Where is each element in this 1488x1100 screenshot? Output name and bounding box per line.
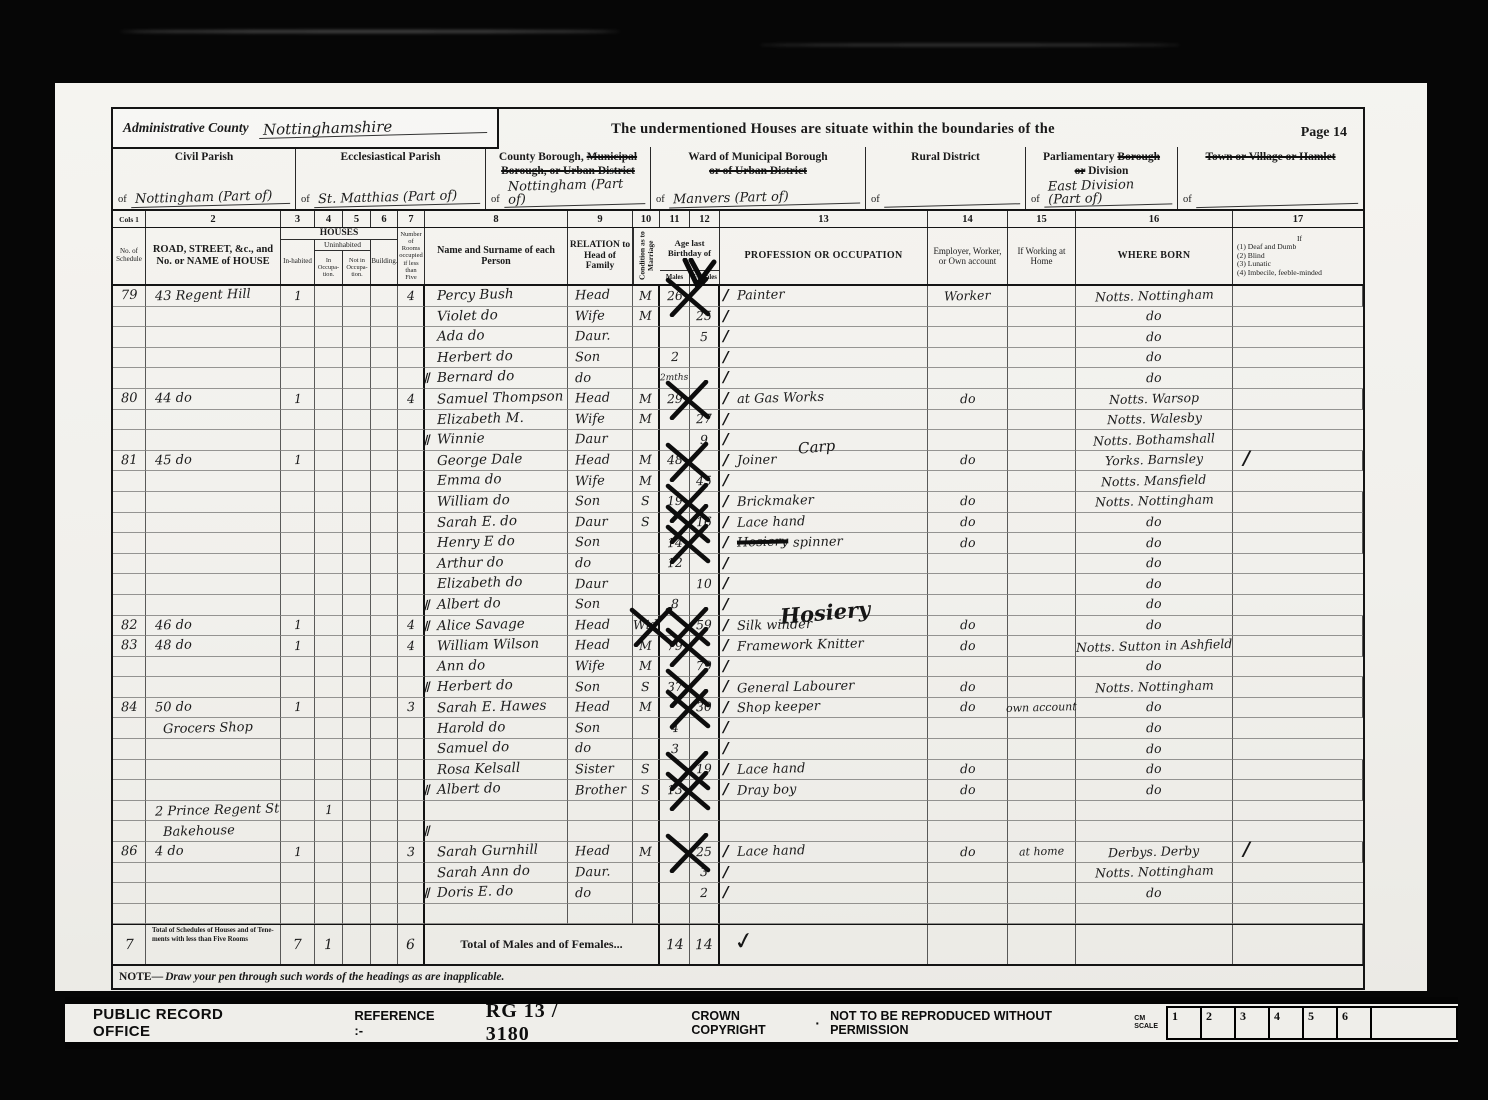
cell-person-name: //Albert do — [425, 780, 568, 801]
cell-uninhabited-occupied — [315, 307, 343, 328]
schedule-value: 86 — [121, 845, 138, 858]
census-row: //Albert doBrotherS13/Dray boydodo — [113, 780, 1363, 801]
cell-age-female — [690, 821, 720, 842]
cell-relation: Head — [568, 616, 633, 637]
cell-inhabited — [281, 801, 315, 822]
condition-value: S — [641, 763, 650, 776]
cell-inhabited — [281, 739, 315, 760]
name-value: William do — [437, 494, 510, 509]
cell-rooms — [398, 780, 425, 801]
address-value: 46 do — [155, 618, 192, 632]
cell-uninhabited-occupied — [315, 616, 343, 637]
cell-relation: Son — [568, 677, 633, 698]
cell-person-name: Ada do — [425, 327, 568, 348]
cell-inhabited — [281, 595, 315, 616]
cm-ruler: 123456 — [1166, 1006, 1458, 1040]
occupation-slash-mark: / — [723, 327, 728, 345]
cell-uninhabited-not-occupied — [343, 513, 371, 534]
cell-age-male: 14 — [660, 533, 690, 554]
born-value: do — [1146, 742, 1162, 755]
condition-value: M — [639, 660, 652, 673]
cell-occupation: /Framework Knitter — [720, 636, 928, 657]
cell-where-born: do — [1076, 348, 1233, 369]
header-relation: RELATION to Head of Family — [568, 228, 633, 284]
cell-infirmity — [1233, 760, 1363, 781]
cell-age-female: 25 — [690, 842, 720, 863]
cell-where-born: Notts. Bothamshall — [1076, 430, 1233, 451]
colnum-3: 3 — [281, 211, 315, 227]
header-infirmity-if: If — [1297, 235, 1302, 244]
census-row: //Doris E. dodo2/do — [113, 883, 1363, 904]
cell-rooms — [398, 718, 425, 739]
cell-relation: Daur. — [568, 327, 633, 348]
district-handwritten-value: Nottingham (Part of) — [131, 189, 291, 208]
cell-occupation: /Brickmaker — [720, 492, 928, 513]
cell-inhabited: 1 — [281, 451, 315, 472]
cell-building — [371, 286, 398, 307]
employer-value: do — [960, 392, 976, 405]
born-value: do — [1146, 310, 1162, 323]
cell-age-male: 29 — [660, 389, 690, 410]
age-male-value: 26 — [666, 289, 682, 302]
cell-infirmity — [1233, 430, 1363, 451]
age-female-value: 59 — [696, 619, 712, 632]
ruler-cell: 4 — [1270, 1008, 1304, 1038]
cell-infirmity — [1233, 574, 1363, 595]
address-value: 43 Regent Hill — [155, 288, 251, 304]
cell-schedule-no: 80 — [113, 389, 146, 410]
cell-relation: Wife — [568, 307, 633, 328]
cell-working-at-home — [1008, 554, 1076, 575]
census-row: //Bernard dodo2mths/do — [113, 368, 1363, 389]
cell-relation: Son — [568, 348, 633, 369]
relation-value: Head — [575, 639, 610, 653]
employer-value: do — [960, 639, 976, 652]
cell-relation: Wife — [568, 410, 633, 431]
cell-working-at-home — [1008, 513, 1076, 534]
born-value: do — [1146, 784, 1162, 797]
totals-females: 14 — [690, 925, 720, 964]
cell-uninhabited-not-occupied — [343, 327, 371, 348]
cell-address — [146, 348, 281, 369]
cell-uninhabited-occupied — [315, 348, 343, 369]
occupation-slash-mark: / — [723, 492, 728, 510]
cell-uninhabited-not-occupied — [343, 780, 371, 801]
cell-address — [146, 904, 281, 925]
cell-infirmity — [1233, 657, 1363, 678]
cell-address — [146, 554, 281, 575]
cell-inhabited — [281, 677, 315, 698]
occupation-slash-mark: / — [723, 286, 728, 304]
cell-working-at-home — [1008, 471, 1076, 492]
cell-occupation: /HosierySilk winder — [720, 616, 928, 637]
occupation-slash-mark: / — [723, 616, 728, 634]
name-value: Bernard do — [437, 370, 515, 386]
occupation-slash-mark: / — [723, 368, 728, 386]
cell-address: 44 do — [146, 389, 281, 410]
cell-relation: Head — [568, 286, 633, 307]
cell-condition: S — [633, 677, 660, 698]
condition-value: S — [641, 516, 650, 529]
cell-working-at-home: own account — [1008, 698, 1076, 719]
cell-building — [371, 616, 398, 637]
cell-condition — [633, 533, 660, 554]
cell-occupation: / — [720, 883, 928, 904]
cell-condition — [633, 718, 660, 739]
cell-condition: M — [633, 389, 660, 410]
name-value: George Dale — [437, 453, 523, 469]
cell-building — [371, 595, 398, 616]
cell-infirmity — [1233, 863, 1363, 884]
cell-occupation: /CarpJoiner — [720, 451, 928, 472]
relation-value: Son — [575, 495, 600, 509]
cell-schedule-no — [113, 554, 146, 575]
cell-where-born — [1076, 904, 1233, 925]
relation-value: Sister — [575, 762, 614, 776]
cell-condition — [633, 595, 660, 616]
name-value: Percy Bush — [437, 288, 514, 304]
cell-occupation: /Lace hand — [720, 513, 928, 534]
born-value: Notts. Mansfield — [1101, 474, 1207, 489]
name-value: Sarah Gurnhill — [437, 844, 538, 860]
cell-condition: M — [633, 286, 660, 307]
colnum-6: 6 — [371, 211, 398, 227]
cell-inhabited — [281, 410, 315, 431]
cell-condition: M — [633, 451, 660, 472]
cell-age-male: 8 — [660, 595, 690, 616]
cell-uninhabited-occupied — [315, 821, 343, 842]
note-line: NOTE— Draw your pen through such words o… — [113, 966, 1363, 988]
district-handwritten-value — [1196, 189, 1359, 208]
cell-age-female: 2 — [690, 883, 720, 904]
cell-address: Grocers Shop — [146, 718, 281, 739]
census-row: 8044 do14Samuel ThompsonHeadM29/at Gas W… — [113, 389, 1363, 410]
occupation-slash-mark: / — [723, 410, 728, 428]
name-value: Ada do — [437, 330, 485, 345]
cell-condition: M — [633, 842, 660, 863]
header-age: Age last Birthday of Males Females — [660, 228, 720, 284]
cell-infirmity — [1233, 595, 1363, 616]
employer-value: do — [960, 536, 976, 549]
cell-infirmity — [1233, 554, 1363, 575]
cell-condition — [633, 430, 660, 451]
cell-employer-status — [928, 410, 1008, 431]
cell-employer-status: do — [928, 389, 1008, 410]
employer-value: do — [960, 516, 976, 529]
census-row: Emma doWifeM45/Notts. Mansfield — [113, 471, 1363, 492]
cell-person-name: //Bernard do — [425, 368, 568, 389]
cell-uninhabited-occupied — [315, 883, 343, 904]
cell-building — [371, 327, 398, 348]
cell-condition — [633, 883, 660, 904]
cell-schedule-no — [113, 307, 146, 328]
cell-schedule-no — [113, 574, 146, 595]
cell-uninhabited-occupied — [315, 451, 343, 472]
cell-age-female — [690, 286, 720, 307]
occupation-slash-mark: / — [723, 595, 728, 613]
totals-males-females-label: Total of Males and of Females... — [425, 925, 660, 964]
age-female-value: 19 — [696, 763, 712, 776]
cell-person-name: Sarah E. do — [425, 513, 568, 534]
cell-condition: M — [633, 471, 660, 492]
cell-person-name: Emma do — [425, 471, 568, 492]
header-infirmity: If (1) Deaf and Dumb(2) Blind(3) Lunatic… — [1233, 228, 1363, 284]
cell-occupation: / — [720, 863, 928, 884]
name-value: Violet do — [437, 309, 498, 324]
census-page: Administrative County Nottinghamshire Th… — [55, 83, 1427, 991]
cell-inhabited — [281, 883, 315, 904]
cell-rooms — [398, 471, 425, 492]
name-value: Sarah E. do — [437, 515, 517, 531]
cell-uninhabited-not-occupied — [343, 492, 371, 513]
cell-condition — [633, 821, 660, 842]
header-not-in-occupation: Not in Occupa-tion. — [343, 251, 371, 284]
cell-uninhabited-occupied — [315, 780, 343, 801]
employer-value: do — [960, 619, 976, 632]
cell-inhabited — [281, 368, 315, 389]
cell-uninhabited-not-occupied — [343, 533, 371, 554]
condition-value: Wid — [633, 619, 658, 632]
cell-employer-status: do — [928, 760, 1008, 781]
cell-age-male: 2mths — [660, 368, 690, 389]
cell-building — [371, 430, 398, 451]
relation-value: Head — [575, 454, 610, 468]
cell-working-at-home: at home — [1008, 842, 1076, 863]
name-value: Henry E do — [437, 535, 515, 551]
cell-where-born: do — [1076, 574, 1233, 595]
occupation-value: Framework Knitter — [737, 638, 864, 654]
cell-address: 50 do — [146, 698, 281, 719]
name-value: Emma do — [437, 474, 502, 489]
header-infirmity-line: (4) Imbecile, feeble-minded — [1237, 269, 1322, 278]
cell-occupation: / — [720, 410, 928, 431]
name-value: Doris E. do — [437, 885, 513, 900]
cell-employer-status — [928, 327, 1008, 348]
cell-address — [146, 492, 281, 513]
cell-inhabited — [281, 492, 315, 513]
address-value: 48 do — [155, 639, 192, 653]
cell-working-at-home — [1008, 410, 1076, 431]
cell-schedule-no — [113, 327, 146, 348]
occupation-slash-mark: / — [723, 307, 728, 325]
ruler-cell: 3 — [1236, 1008, 1270, 1038]
cell-age-female — [690, 554, 720, 575]
totals-col6 — [371, 925, 398, 964]
cell-inhabited — [281, 863, 315, 884]
district-label: Ward of Municipal Boroughor of Urban Dis… — [656, 151, 860, 178]
header-in-occupation: In Occupa-tion. — [315, 251, 343, 284]
cell-schedule-no — [113, 533, 146, 554]
inhabited-value: 1 — [293, 845, 301, 858]
age-male-value: 29 — [666, 392, 682, 405]
cell-infirmity — [1233, 513, 1363, 534]
cell-schedule-no: 84 — [113, 698, 146, 719]
cell-where-born — [1076, 821, 1233, 842]
cell-address: 2 Prince Regent St — [146, 801, 281, 822]
cell-employer-status — [928, 471, 1008, 492]
cell-rooms — [398, 327, 425, 348]
cell-uninhabited-not-occupied — [343, 307, 371, 328]
cell-uninhabited-not-occupied — [343, 883, 371, 904]
cell-uninhabited-not-occupied — [343, 863, 371, 884]
cell-uninhabited-not-occupied — [343, 842, 371, 863]
occupation-slash-mark: / — [723, 554, 728, 572]
age-male-value: 2 — [670, 351, 678, 364]
census-row: //Herbert doSonS37/General LabourerdoNot… — [113, 677, 1363, 698]
cell-occupation: / — [720, 718, 928, 739]
schedule-value: 84 — [121, 701, 138, 714]
cell-inhabited: 1 — [281, 698, 315, 719]
cell-uninhabited-occupied — [315, 842, 343, 863]
cell-uninhabited-not-occupied — [343, 348, 371, 369]
age-male-value: 48 — [666, 454, 682, 467]
ink-wedge-mark — [681, 258, 717, 288]
cell-building — [371, 636, 398, 657]
cell-address — [146, 657, 281, 678]
cell-working-at-home — [1008, 780, 1076, 801]
cell-working-at-home — [1008, 492, 1076, 513]
district-value: ofSt. Matthias (Part of) — [301, 191, 480, 206]
census-row: //Albert doSon8/do — [113, 595, 1363, 616]
born-value: do — [1146, 598, 1162, 611]
name-value: Ann do — [437, 659, 486, 674]
cm-scale-label: CMSCALE — [1134, 1015, 1158, 1030]
cell-uninhabited-occupied — [315, 286, 343, 307]
cell-age-male: 79 — [660, 636, 690, 657]
relation-value: Head — [575, 392, 610, 406]
cell-age-male: 2 — [660, 348, 690, 369]
cell-relation — [568, 801, 633, 822]
born-value: do — [1146, 351, 1162, 364]
cell-age-female: 27 — [690, 410, 720, 431]
condition-value: M — [639, 289, 652, 302]
occupation-slash-mark: / — [723, 513, 728, 531]
district-label: County Borough, MunicipalBorough, or Urb… — [491, 151, 645, 178]
employer-value: do — [960, 784, 976, 797]
crown-copyright-label: CROWN COPYRIGHT — [691, 1009, 805, 1037]
age-male-value: 8 — [670, 598, 678, 611]
cell-person-name: George Dale — [425, 451, 568, 472]
cell-rooms — [398, 533, 425, 554]
cell-age-female — [690, 904, 720, 925]
cell-inhabited — [281, 554, 315, 575]
cell-uninhabited-occupied — [315, 533, 343, 554]
cell-inhabited — [281, 327, 315, 348]
cell-schedule-no — [113, 739, 146, 760]
cell-person-name: Henry E do — [425, 533, 568, 554]
cell-building — [371, 471, 398, 492]
cell-rooms — [398, 863, 425, 884]
cell-infirmity — [1233, 348, 1363, 369]
occupation-value: General Labourer — [737, 679, 855, 695]
census-row: William doSonS19/BrickmakerdoNotts. Nott… — [113, 492, 1363, 513]
cell-relation: Son — [568, 492, 633, 513]
infirmity-tick-mark: / — [1243, 838, 1250, 860]
age-male-value: 4 — [670, 722, 678, 735]
cell-age-male — [660, 307, 690, 328]
cell-person-name: // — [425, 821, 568, 842]
cell-address — [146, 368, 281, 389]
cell-employer-status: do — [928, 698, 1008, 719]
cell-uninhabited-not-occupied — [343, 718, 371, 739]
cell-rooms: 4 — [398, 636, 425, 657]
schedule-value: 79 — [121, 289, 138, 302]
born-value: do — [1146, 887, 1162, 900]
occupation-value: Painter — [737, 289, 785, 303]
employer-value: do — [960, 681, 976, 694]
header-profession: PROFESSION OR OCCUPATION — [720, 228, 928, 284]
name-value: Elizabeth M. — [437, 411, 524, 427]
district-label: Civil Parish — [118, 151, 290, 165]
cell-uninhabited-not-occupied — [343, 451, 371, 472]
occupation-slash-mark: / — [723, 883, 728, 901]
district-value: ofManvers (Part of) — [656, 191, 860, 206]
cell-age-male: 26 — [660, 286, 690, 307]
cell-schedule-no — [113, 883, 146, 904]
address-value: 50 do — [155, 701, 192, 715]
cell-age-male — [660, 842, 690, 863]
cell-uninhabited-occupied — [315, 677, 343, 698]
cell-inhabited: 1 — [281, 842, 315, 863]
occupation-slash-mark: / — [723, 636, 728, 654]
relation-value: Daur — [575, 577, 608, 591]
cell-building — [371, 368, 398, 389]
cell-building — [371, 698, 398, 719]
cell-building — [371, 492, 398, 513]
cell-where-born: Notts. Warsop — [1076, 389, 1233, 410]
age-male-value: 12 — [666, 557, 682, 570]
cell-address: 48 do — [146, 636, 281, 657]
cell-rooms — [398, 821, 425, 842]
cell-working-at-home — [1008, 451, 1076, 472]
totals-col16 — [1076, 925, 1233, 964]
condition-value: M — [639, 475, 652, 488]
cell-working-at-home — [1008, 348, 1076, 369]
cell-age-male — [660, 904, 690, 925]
infirmity-tick-mark: / — [1243, 447, 1250, 469]
census-row: Sarah Ann doDaur.3/Notts. Nottingham — [113, 863, 1363, 884]
district-county-borough: County Borough, MunicipalBorough, or Urb… — [486, 147, 651, 209]
cell-schedule-no — [113, 430, 146, 451]
cell-rooms — [398, 739, 425, 760]
cell-address: 43 Regent Hill — [146, 286, 281, 307]
inhabited-value: 1 — [293, 640, 301, 653]
age-female-value: 3 — [700, 866, 708, 879]
cell-infirmity — [1233, 904, 1363, 925]
cell-schedule-no: 83 — [113, 636, 146, 657]
situate-text: The undermentioned Houses are situate wi… — [533, 121, 1133, 138]
occupation-slash-mark: / — [723, 677, 728, 695]
cell-address — [146, 863, 281, 884]
cell-person-name — [425, 904, 568, 925]
born-value: do — [1146, 578, 1162, 591]
totals-schedule: 7 — [113, 925, 146, 964]
inhabited-value: 1 — [293, 454, 301, 467]
cell-infirmity: / — [1233, 842, 1363, 863]
district-label: Parliamentary Boroughor Division — [1031, 151, 1172, 178]
cell-address — [146, 533, 281, 554]
cell-inhabited — [281, 574, 315, 595]
cell-schedule-no: 81 — [113, 451, 146, 472]
cell-person-name: Percy Bush — [425, 286, 568, 307]
cell-rooms: 4 — [398, 389, 425, 410]
name-value: William Wilson — [437, 638, 539, 654]
born-value: do — [1146, 372, 1162, 385]
cell-relation — [568, 821, 633, 842]
cell-employer-status: do — [928, 780, 1008, 801]
cell-rooms — [398, 657, 425, 678]
colnum-4: 4 — [315, 211, 343, 227]
